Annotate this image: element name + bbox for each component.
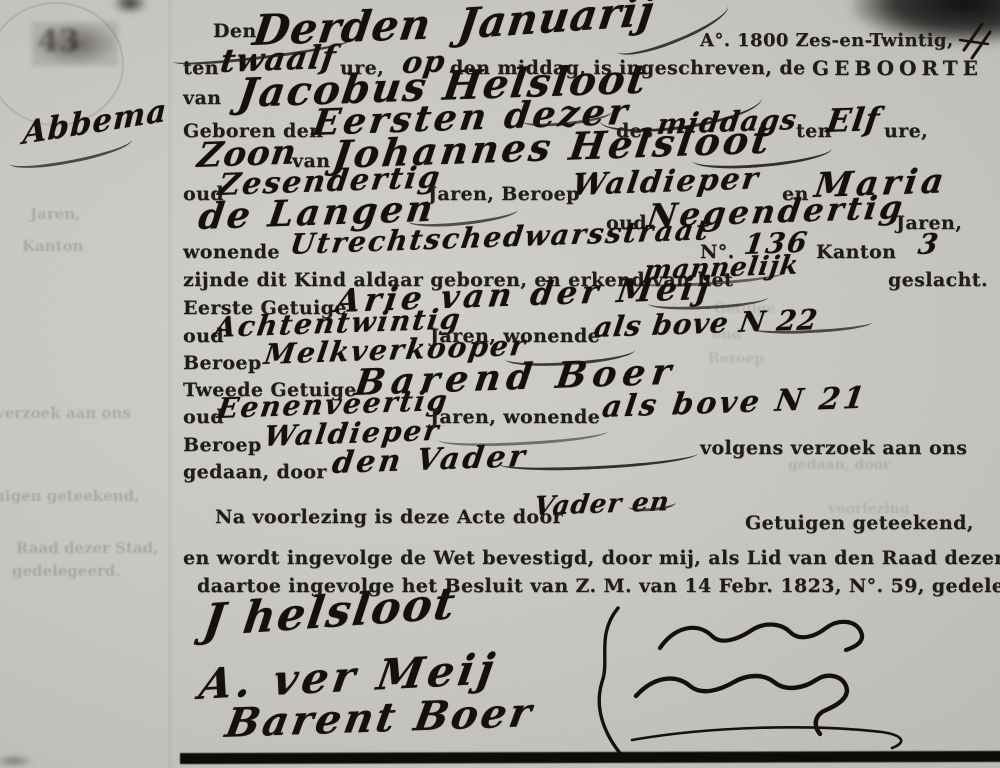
stamp-digits: 43 (38, 24, 80, 59)
bleed-text: verzoek aan ons (0, 404, 131, 422)
printed-geboorte: GEBOORTE (812, 56, 983, 80)
edge-stain-top-left (112, 0, 148, 14)
printed-jaren-beroep: Jaren, Beroep (428, 183, 580, 205)
fold-shadow (168, 0, 174, 768)
printed-gedaan-door: gedaan, door (183, 461, 327, 483)
printed-volgens: volgens verzoek aan ons (700, 437, 967, 459)
printed-kanton: Kanton (816, 241, 896, 263)
printed-beroep1: Beroep (183, 352, 262, 374)
bleed-text: gedelegeerd. (12, 562, 121, 580)
stain-bottom-left (0, 754, 34, 768)
entry-declarant: den Vader (330, 439, 530, 481)
printed-van: van (183, 87, 221, 109)
printed-den: Den (213, 20, 257, 42)
official-signature-flourish (588, 600, 968, 765)
bleed-text: Jaren, (30, 205, 80, 223)
entry-kanton-no: 3 (916, 227, 941, 261)
printed-wonende1: wonende (183, 241, 280, 263)
printed-year: A°. 1800 Zes-en-Twintig, (700, 30, 954, 51)
scanned-birth-record-page: 43 Abbema Jaren, Kanton verzoek aan ons … (0, 0, 1000, 768)
bleed-text: Raad dezer Stad, (16, 539, 158, 557)
bleed-text: gedaan, door (788, 457, 890, 473)
bleed-text: uigen geteekend, (0, 487, 139, 505)
printed-geslacht: geslacht. (888, 269, 988, 291)
bleed-text: Kanton (22, 237, 84, 255)
printed-wet-line: en wordt ingevolge de Wet bevestigd, doo… (183, 547, 1000, 569)
bleed-text: Beroep (708, 351, 764, 367)
printed-na-voorlezing: Na voorlezing is deze Acte door (215, 506, 563, 528)
printed-getuigen-geteekend: Getuigen geteekend, (745, 512, 974, 534)
entry-birth-hour: Elf (824, 100, 883, 140)
printed-ure2: ure, (884, 120, 928, 142)
printed-beroep2: Beroep (183, 434, 262, 456)
ink-rule-bottom (180, 751, 1000, 764)
signature-witness2: Barent Boer (222, 689, 538, 747)
